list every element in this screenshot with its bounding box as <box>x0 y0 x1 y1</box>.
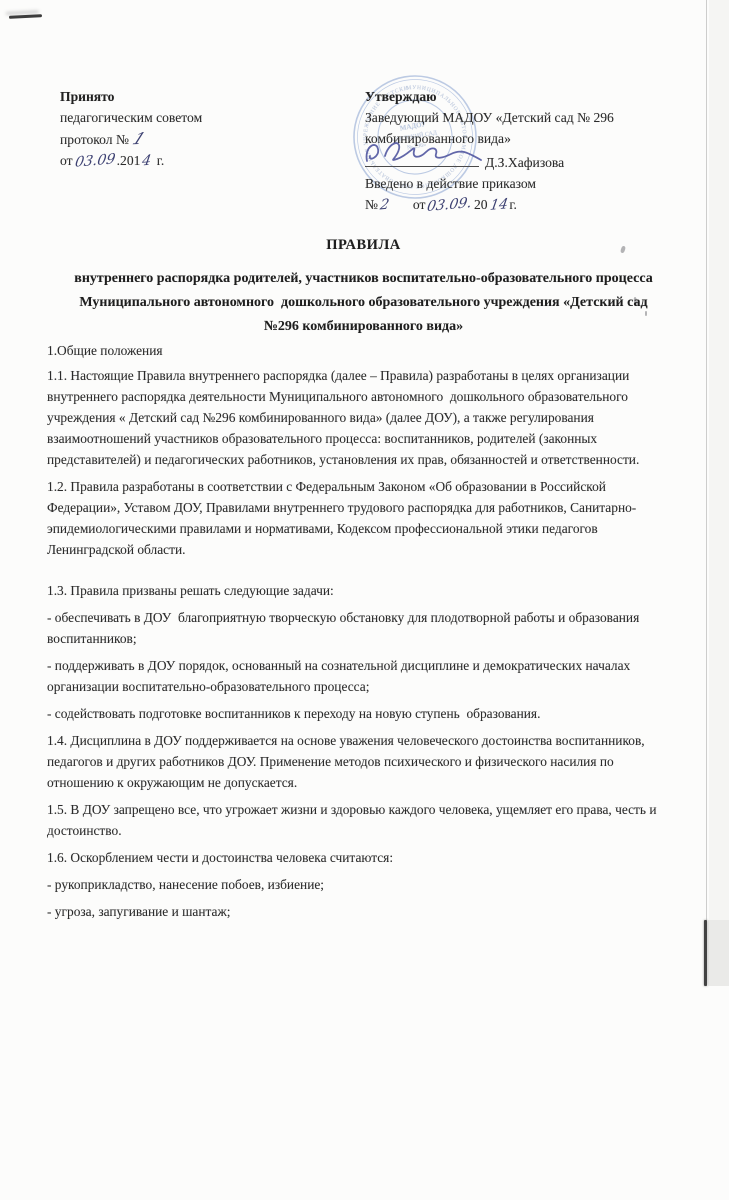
date-day-month-handwritten: 03.09 <box>73 149 116 174</box>
paragraph-1-5: 1.5. В ДОУ запрещено все, что угрожает ж… <box>47 799 719 841</box>
order-date-suffix: г. <box>509 197 516 212</box>
approver-title-line1: Заведующий МАДОУ «Детский сад № 296 <box>365 107 695 128</box>
date-suffix: г. <box>153 153 164 168</box>
scan-page-edge-dark-line <box>704 920 707 986</box>
accepted-label: Принято <box>60 86 340 107</box>
paragraph-1-4: 1.4. Дисциплина в ДОУ поддерживается на … <box>47 730 719 793</box>
order-number-line: №2от03.09.2014г. <box>365 194 695 216</box>
document-subtitle: внутреннего распорядка родителей, участн… <box>30 267 697 339</box>
signature-row: Д.З.Хафизова <box>365 151 695 173</box>
order-intro-line: Введено в действие приказом <box>365 173 695 194</box>
paragraph-1-6: 1.6. Оскорблением чести и достоинства че… <box>47 847 719 868</box>
protocol-number-handwritten: 1 <box>130 128 150 150</box>
date-year-digit-handwritten: 4 <box>141 150 153 172</box>
approval-block: Утверждаю Заведующий МАДОУ «Детский сад … <box>365 86 695 216</box>
paragraph-1-3: 1.3. Правила призваны решать следующие з… <box>47 580 719 601</box>
date-year-printed: .201 <box>117 153 141 168</box>
approved-label: Утверждаю <box>365 86 695 107</box>
scanned-document-page: МУНИЦИПАЛЬНОЕ АВТОНОМНОЕ ДОШКОЛЬНОЕ ОБРА… <box>0 0 729 1200</box>
bullet-threats: - угроза, запугивание и шантаж; <box>47 901 719 922</box>
order-year-handwritten: 14 <box>488 194 509 217</box>
paragraph-1-1: 1.1. Настоящие Правила внутреннего распо… <box>47 365 719 470</box>
date-prefix: от <box>60 153 73 168</box>
bullet-ensure-environment: - обеспечивать в ДОУ благоприятную творч… <box>47 607 719 649</box>
accepted-by-line: педагогическим советом <box>60 107 340 128</box>
acceptance-block: Принято педагогическим советом протокол … <box>60 86 340 172</box>
order-year-printed: 20 <box>474 197 488 212</box>
bullet-prepare-transition: - содействовать подготовке воспитанников… <box>47 703 719 724</box>
acceptance-date-line: от03.09.2014 г. <box>60 150 340 172</box>
protocol-label: протокол № <box>60 132 132 147</box>
paragraph-1-2: 1.2. Правила разработаны в соответствии … <box>47 476 719 560</box>
bullet-assault: - рукоприкладство, нанесение побоев, изб… <box>47 874 719 895</box>
document-body: 1.Общие положения 1.1. Настоящие Правила… <box>47 340 719 928</box>
scan-page-edge-shadow-band <box>708 920 729 986</box>
protocol-line: протокол № 1 <box>60 128 340 150</box>
signature <box>359 135 489 169</box>
document-title-block: ПРАВИЛА внутреннего распорядка родителей… <box>30 237 697 339</box>
scan-artifact-dash <box>9 14 42 19</box>
order-number-label: № <box>365 197 378 212</box>
order-date-handwritten: 03.09. <box>426 193 474 218</box>
order-date-prefix: от <box>413 197 426 212</box>
order-number-handwritten: 2 <box>378 194 390 216</box>
section-heading: 1.Общие положения <box>47 340 719 361</box>
signer-name: Д.З.Хафизова <box>479 155 564 170</box>
bullet-maintain-order: - поддерживать в ДОУ порядок, основанный… <box>47 655 719 697</box>
document-title: ПРАВИЛА <box>30 237 697 254</box>
